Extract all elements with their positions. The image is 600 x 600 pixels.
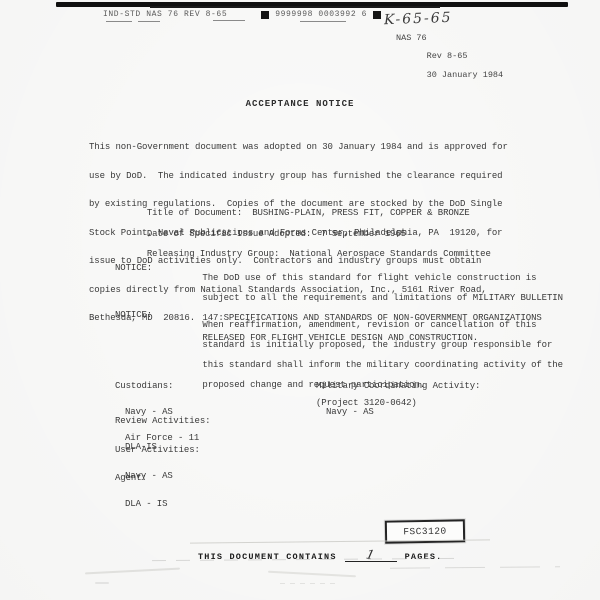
code-underline (106, 21, 132, 22)
standard-code-text: IND-STD NAS 76 REV 8-65 (103, 10, 227, 19)
user-activities-label: User Activities: (115, 446, 200, 455)
scan-artifact-smudge (390, 566, 560, 568)
notice-line: When reaffirmation, amendment, revision … (202, 320, 536, 330)
code-underline (138, 21, 160, 22)
field-value: National Aerospace Standards Committee (289, 249, 490, 259)
microfiche-code-line: IND-STD NAS 76 REV 8-65 9999998 0003992 … (103, 10, 387, 19)
scan-artifact-smudge (85, 568, 180, 575)
code-underline (213, 20, 245, 21)
scan-artifact-speck (95, 582, 109, 584)
paragraph-line: This non-Government document was adopted… (89, 143, 508, 153)
standard-number: NAS 76 (396, 33, 427, 43)
field-label: Releasing Industry Group: (147, 249, 280, 259)
agent-block: Agent: DLA - IS (115, 456, 167, 526)
handwritten-reference-number: K-65-65 (384, 10, 453, 28)
adoption-date: 30 January 1984 (427, 70, 504, 80)
scan-artifact-smudge (280, 583, 340, 584)
notice-line: subject to all the requirements and limi… (202, 293, 562, 303)
page-title: ACCEPTANCE NOTICE (0, 99, 600, 109)
project-number: (Project 3120-0642) (316, 399, 417, 408)
page-count-post-text: PAGES. (405, 552, 443, 562)
revision-number: Rev 8-65 (427, 51, 468, 61)
review-activities-label: Review Activities: (115, 417, 210, 426)
custodians-label: Custodians: (115, 382, 199, 391)
registration-mark-icon (373, 11, 381, 19)
agent-label: Agent: (115, 474, 167, 483)
notice-line: The DoD use of this standard for flight … (202, 273, 536, 283)
paragraph-line: use by DoD. The indicated industry group… (89, 172, 508, 182)
field-value: 7 September 1965 (321, 229, 406, 239)
document-id-code: 9999998 0003992 6 (275, 10, 367, 19)
field-label: Title of Document: (147, 208, 242, 218)
scanned-document-page: IND-STD NAS 76 REV 8-65 9999998 0003992 … (0, 0, 600, 600)
agent-item: DLA - IS (115, 500, 167, 509)
fsc-stamp-text: FSC3120 (403, 526, 447, 538)
code-underline (300, 21, 346, 22)
scan-artifact-smudge (268, 571, 356, 578)
handwritten-page-count: 1 (365, 547, 376, 563)
registration-mark-icon (261, 11, 269, 19)
notice-line: standard is initially proposed, the indu… (202, 340, 552, 350)
scan-top-bar-shadow (150, 6, 440, 8)
mca-item: Navy - AS (316, 408, 480, 417)
field-label: Date of Specific Issue Adopted: (147, 229, 311, 239)
document-id-block: NAS 76 Rev 8-65 30 January 1984 (396, 34, 503, 89)
field-value: BUSHING-PLAIN, PRESS FIT, COPPER & BRONZ… (252, 208, 469, 218)
mca-label: Military Coordinating Activity: (316, 382, 480, 391)
